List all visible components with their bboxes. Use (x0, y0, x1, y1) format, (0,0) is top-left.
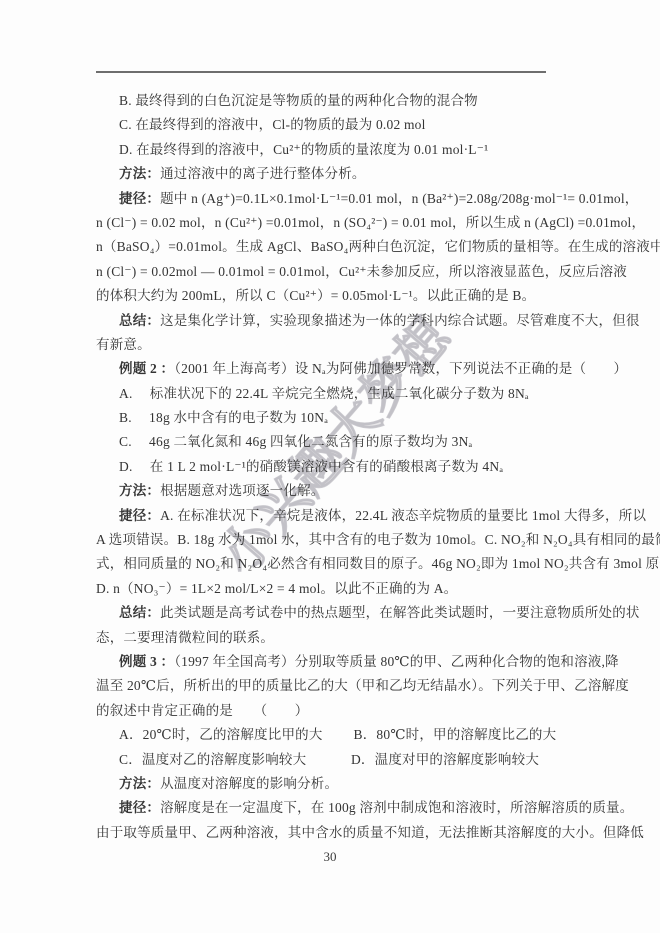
text-line: 方法：从温度对溶解度的影响分析。 (96, 772, 576, 796)
line-text: 的体积大约为 200mL，所以 C（Cu²⁺）= 0.05mol·L⁻¹。以此正… (96, 288, 535, 303)
line-text: A. 标准状况下的 22.4L 辛烷完全燃烧，生成二氧化碳分子数为 8Nₐ (119, 386, 529, 401)
paragraph-label: 方法： (119, 166, 160, 181)
text-line: n（BaSO₄）=0.01mol。生成 AgCl、BaSO₄两种白色沉淀，它们物… (96, 235, 576, 259)
line-text: 态，二要理清微粒间的联系。 (96, 630, 274, 645)
paragraph-label: 总结： (119, 313, 160, 328)
text-line: 总结：这是集化学计算，实验现象描述为一体的学科内综合试题。尽管难度不大，但很 (96, 309, 576, 333)
line-text: 题中 n (Ag⁺)=0.1L×0.1mol·L⁻¹=0.01 mol，n (B… (160, 191, 638, 206)
line-text: 的叙述中肯定正确的是 （ ） (96, 703, 308, 718)
text-line: 的体积大约为 200mL，所以 C（Cu²⁺）= 0.05mol·L⁻¹。以此正… (96, 284, 576, 308)
text-line: 例题 3 ：（1997 年全国高考）分别取等质量 80℃的甲、乙两种化合物的饱和… (96, 650, 576, 674)
line-text: 溶解度是在一定温度下，在 100g 溶剂中制成饱和溶液时，所溶解溶质的质量。 (160, 800, 633, 815)
text-line: C. 在最终得到的溶液中，Cl-的物质的最为 0.02 mol (96, 113, 576, 137)
line-text: 根据题意对选项逐一化解。 (160, 483, 324, 498)
line-text: 此类试题是高考试卷中的热点题型，在解答此类试题时，一要注意物质所处的状 (160, 605, 640, 620)
text-line: A. 标准状况下的 22.4L 辛烷完全燃烧，生成二氧化碳分子数为 8Nₐ (96, 382, 576, 406)
text-line: 有新意。 (96, 333, 576, 357)
line-text: n (Cl⁻) = 0.02 mol，n (Cu²⁺) =0.01mol，n (… (96, 215, 645, 230)
text-line: 捷径：A. 在标准状况下，辛烷是液体，22.4L 液态辛烷物质的量要比 1mol… (96, 504, 576, 528)
text-line: 由于取等质量甲、乙两种溶液，其中含水的质量不知道，无法推断其溶解度的大小。但降低 (96, 821, 576, 845)
document-body: B. 最终得到的白色沉淀是等物质的量的两种化合物的混合物C. 在最终得到的溶液中… (96, 89, 576, 845)
line-text: 通过溶液中的离子进行整体分析。 (160, 166, 366, 181)
text-line: B. 最终得到的白色沉淀是等物质的量的两种化合物的混合物 (96, 89, 576, 113)
line-text: A 选项错误。B. 18g 水为 1mol 水，其中含有的电子数为 10mol。… (96, 532, 660, 547)
text-line: A 选项错误。B. 18g 水为 1mol 水，其中含有的电子数为 10mol。… (96, 528, 576, 552)
text-line: D. 在 1 L 2 mol·L⁻¹的硝酸镁溶液中含有的硝酸根离子数为 4Nₐ (96, 455, 576, 479)
line-text: D. n（NO₃⁻）= 1L×2 mol/L×2 = 4 mol。以此不正确的为… (96, 581, 457, 596)
line-text: C. 在最终得到的溶液中，Cl-的物质的最为 0.02 mol (119, 117, 426, 132)
line-text: （2001 年上海高考）设 Nₐ为阿佛加德罗常数，下列说法不正确的是（ ） (174, 361, 627, 376)
paragraph-label: 方法： (119, 483, 160, 498)
paragraph-label: 捷径： (119, 800, 160, 815)
line-text: C. 46g 二氧化氮和 46g 四氧化二氮含有的原子数均为 3Nₐ (119, 434, 472, 449)
text-line: C．温度对乙的溶解度影响较大 D．温度对甲的溶解度影响较大 (96, 748, 576, 772)
text-line: 态，二要理清微粒间的联系。 (96, 626, 576, 650)
line-text: 从温度对溶解度的影响分析。 (160, 776, 338, 791)
line-text: B. 18g 水中含有的电子数为 10Nₐ (119, 410, 328, 425)
line-text: A．20℃时，乙的溶解度比甲的大 B．80℃时，甲的溶解度比乙的大 (119, 727, 556, 742)
line-text: 温至 20℃后，所析出的甲的质量比乙的大（甲和乙均无结晶水）。下列关于甲、乙溶解… (96, 678, 629, 693)
paragraph-label: 方法： (119, 776, 160, 791)
text-line: 方法：根据题意对选项逐一化解。 (96, 479, 576, 503)
text-line: 捷径：题中 n (Ag⁺)=0.1L×0.1mol·L⁻¹=0.01 mol，n… (96, 187, 576, 211)
line-text: 式，相同质量的 NO₂和 N₂O₄必然含有相同数目的原子。46g NO₂即为 1… (96, 556, 660, 571)
text-line: D. 在最终得到的溶液中，Cu²⁺的物质的量浓度为 0.01 mol·L⁻¹ (96, 138, 576, 162)
line-text: 由于取等质量甲、乙两种溶液，其中含水的质量不知道，无法推断其溶解度的大小。但降低 (96, 825, 644, 840)
line-text: D. 在最终得到的溶液中，Cu²⁺的物质的量浓度为 0.01 mol·L⁻¹ (119, 142, 488, 157)
line-text: n (Cl⁻) = 0.02mol — 0.01mol = 0.01mol，Cu… (96, 264, 627, 279)
line-text: A. 在标准状况下，辛烷是液体，22.4L 液态辛烷物质的量要比 1mol 大得… (160, 508, 646, 523)
text-line: 捷径：溶解度是在一定温度下，在 100g 溶剂中制成饱和溶液时，所溶解溶质的质量… (96, 796, 576, 820)
page-number: 30 (0, 849, 660, 865)
text-line: A．20℃时，乙的溶解度比甲的大 B．80℃时，甲的溶解度比乙的大 (96, 723, 576, 747)
paragraph-label: 总结： (119, 605, 160, 620)
text-line: 总结：此类试题是高考试卷中的热点题型，在解答此类试题时，一要注意物质所处的状 (96, 601, 576, 625)
paragraph-label: 捷径： (119, 508, 160, 523)
text-line: D. n（NO₃⁻）= 1L×2 mol/L×2 = 4 mol。以此不正确的为… (96, 577, 576, 601)
text-line: 式，相同质量的 NO₂和 N₂O₄必然含有相同数目的原子。46g NO₂即为 1… (96, 552, 576, 576)
text-line: n (Cl⁻) = 0.02mol — 0.01mol = 0.01mol，Cu… (96, 260, 576, 284)
line-text: C．温度对乙的溶解度影响较大 D．温度对甲的溶解度影响较大 (119, 752, 539, 767)
text-line: 例题 2 ：（2001 年上海高考）设 Nₐ为阿佛加德罗常数，下列说法不正确的是… (96, 357, 576, 381)
text-line: 温至 20℃后，所析出的甲的质量比乙的大（甲和乙均无结晶水）。下列关于甲、乙溶解… (96, 674, 576, 698)
paragraph-label: 例题 2 ： (119, 361, 174, 376)
text-line: 方法：通过溶液中的离子进行整体分析。 (96, 162, 576, 186)
header-rule (96, 71, 546, 73)
line-text: n（BaSO₄）=0.01mol。生成 AgCl、BaSO₄两种白色沉淀，它们物… (96, 239, 660, 254)
text-line: n (Cl⁻) = 0.02 mol，n (Cu²⁺) =0.01mol，n (… (96, 211, 576, 235)
paragraph-label: 例题 3 ： (119, 654, 174, 669)
text-line: C. 46g 二氧化氮和 46g 四氧化二氮含有的原子数均为 3Nₐ (96, 430, 576, 454)
text-line: B. 18g 水中含有的电子数为 10Nₐ (96, 406, 576, 430)
document-page: 小兴趣大梦想 B. 最终得到的白色沉淀是等物质的量的两种化合物的混合物C. 在最… (0, 0, 660, 933)
line-text: 这是集化学计算，实验现象描述为一体的学科内综合试题。尽管难度不大，但很 (160, 313, 640, 328)
line-text: D. 在 1 L 2 mol·L⁻¹的硝酸镁溶液中含有的硝酸根离子数为 4Nₐ (119, 459, 503, 474)
line-text: （1997 年全国高考）分别取等质量 80℃的甲、乙两种化合物的饱和溶液,降 (174, 654, 619, 669)
line-text: B. 最终得到的白色沉淀是等物质的量的两种化合物的混合物 (119, 93, 478, 108)
text-line: 的叙述中肯定正确的是 （ ） (96, 699, 576, 723)
line-text: 有新意。 (96, 337, 151, 352)
paragraph-label: 捷径： (119, 191, 160, 206)
